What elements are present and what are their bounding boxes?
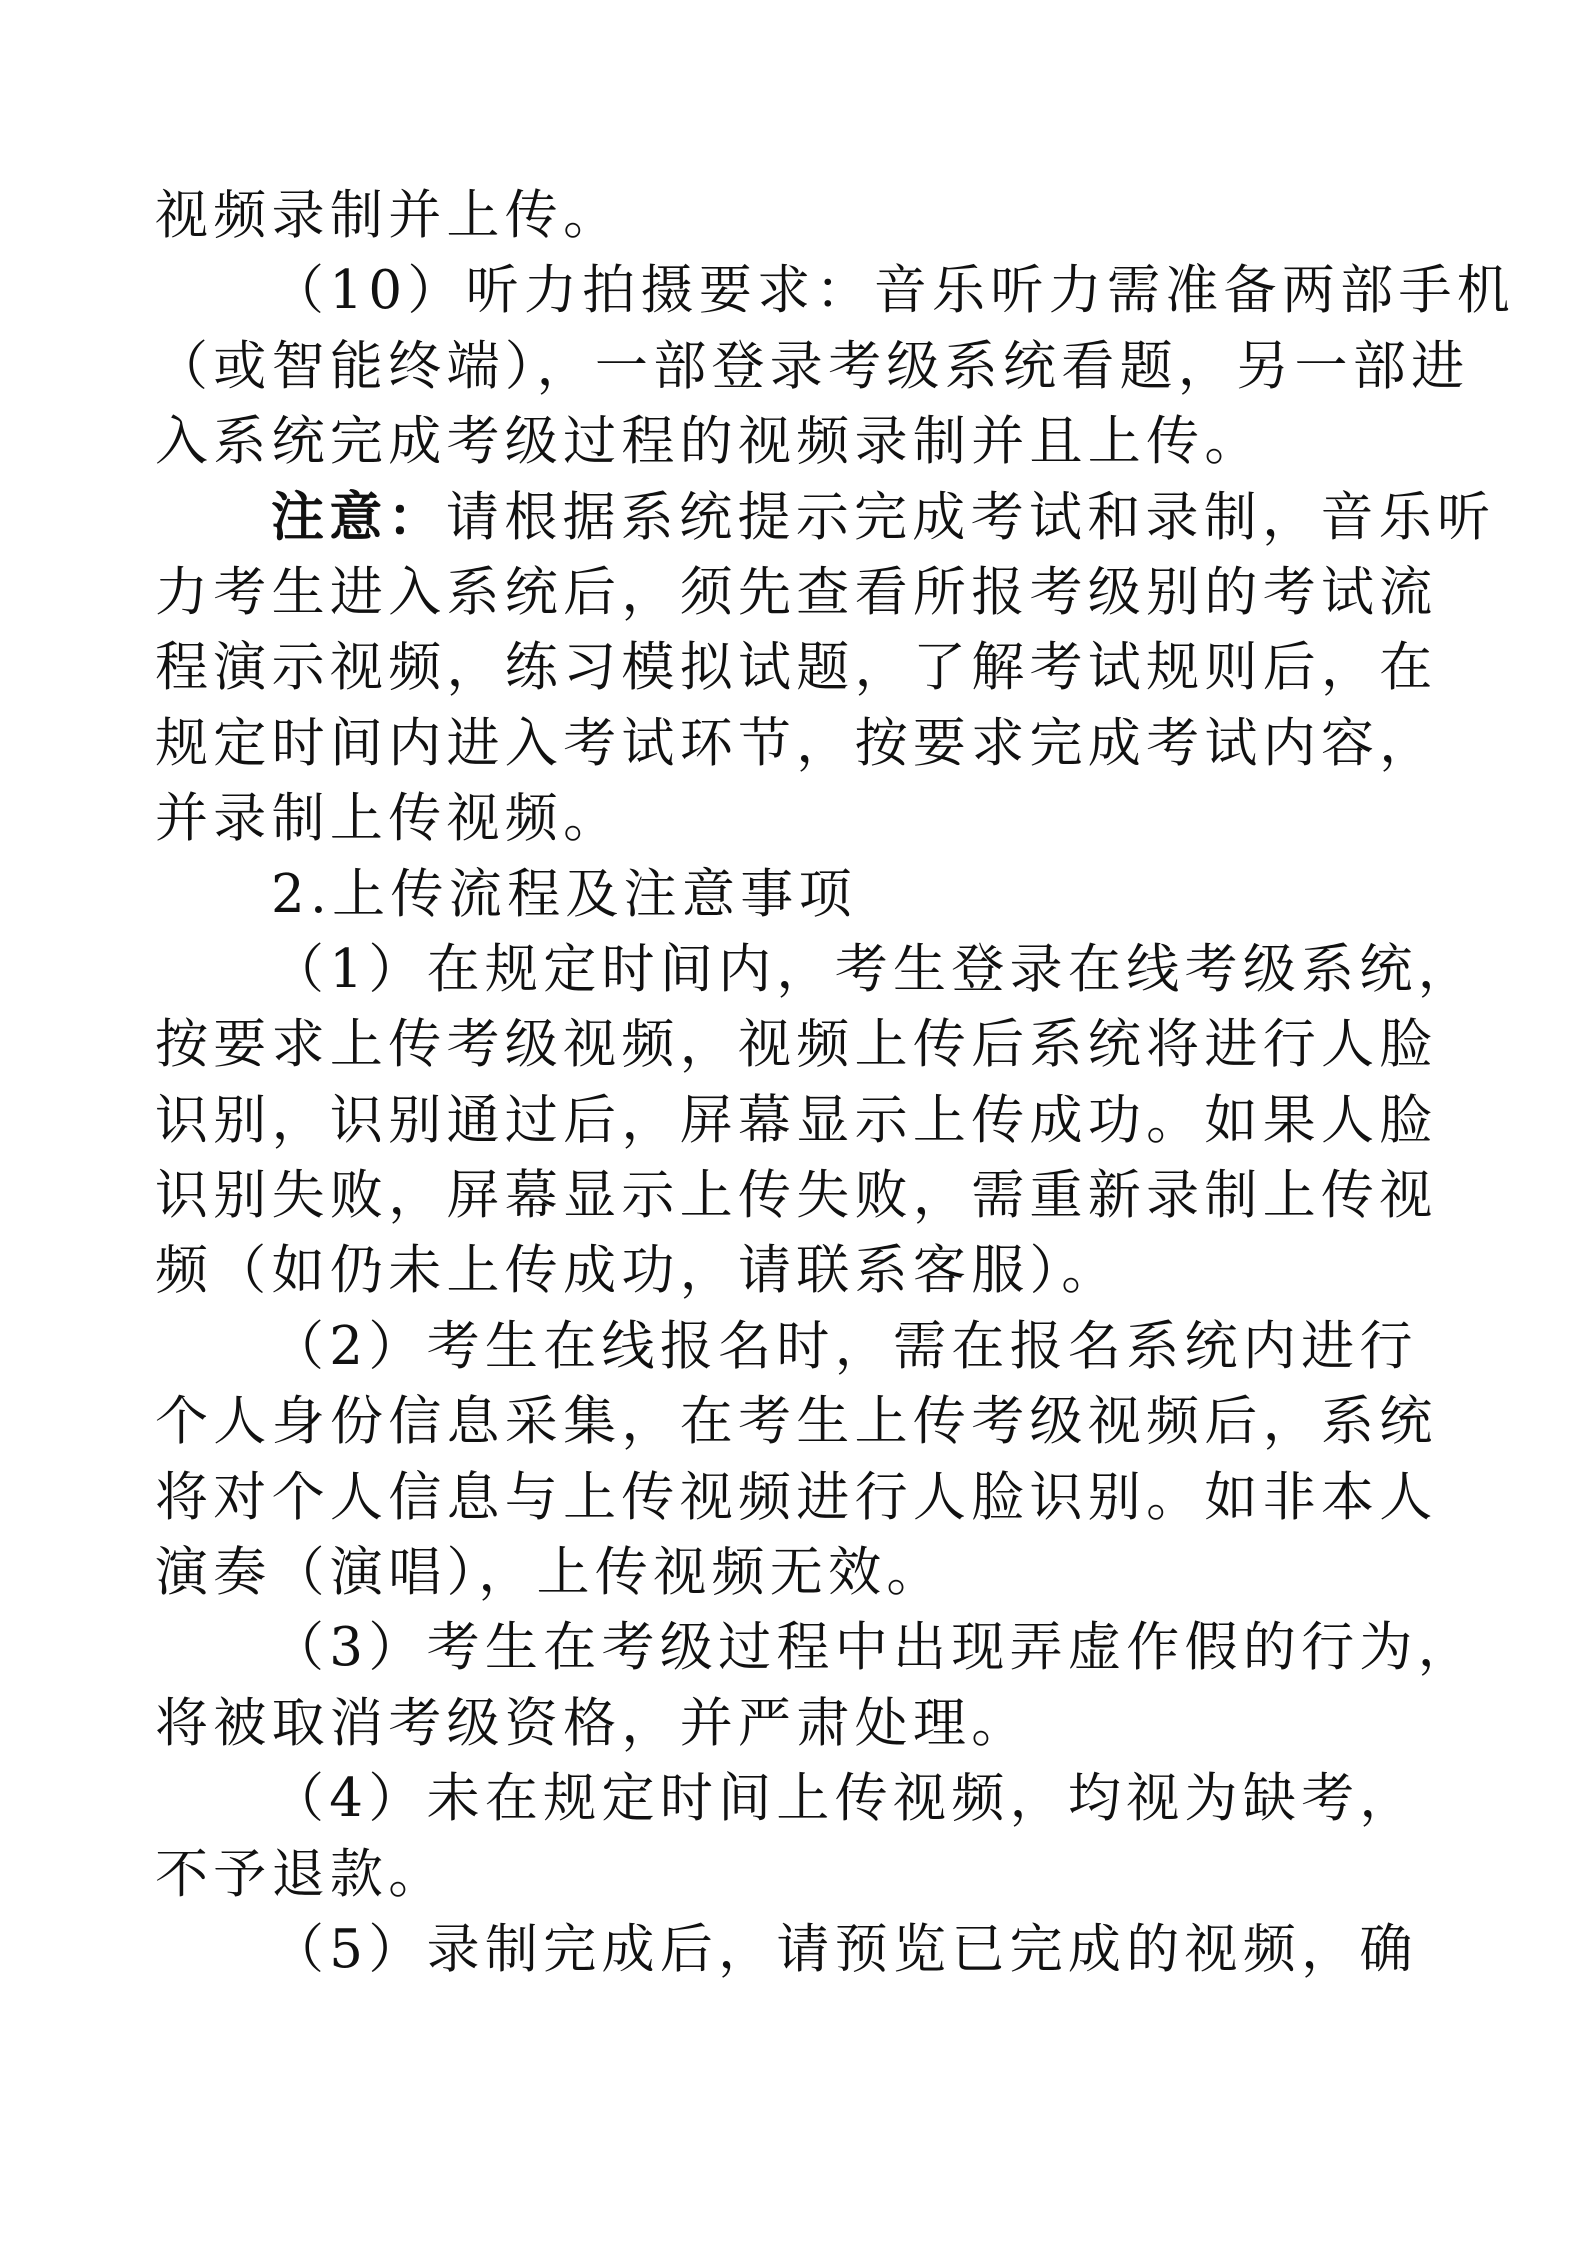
item-1-line: （1）在规定时间内，考生登录在线考级系统，	[155, 932, 1445, 1007]
section-heading: 2.上传流程及注意事项	[155, 857, 1445, 932]
text-line: 规定时间内进入考试环节，按要求完成考试内容，	[155, 706, 1445, 781]
document-page: 视频录制并上传。 （10）听力拍摄要求：音乐听力需准备两部手机 （或智能终端），…	[155, 178, 1445, 1987]
text-line: 识别失败，屏幕显示上传失败，需重新录制上传视	[155, 1158, 1445, 1233]
item-3-line: （3）考生在考级过程中出现弄虚作假的行为，	[155, 1610, 1445, 1685]
item-2-line: （2）考生在线报名时，需在报名系统内进行	[155, 1309, 1445, 1384]
note-paragraph-line: 注意：请根据系统提示完成考试和录制，音乐听	[155, 480, 1445, 555]
item-10-heading-line: （10）听力拍摄要求：音乐听力需准备两部手机	[155, 253, 1445, 328]
text-line: 力考生进入系统后，须先查看所报考级别的考试流	[155, 555, 1445, 630]
text-line: 演奏（演唱），上传视频无效。	[155, 1535, 1445, 1610]
text-line: 频（如仍未上传成功，请联系客服）。	[155, 1233, 1445, 1308]
text-line: （或智能终端），一部登录考级系统看题，另一部进	[155, 329, 1445, 404]
text-line: 将对个人信息与上传视频进行人脸识别。如非本人	[155, 1460, 1445, 1535]
text-line: 入系统完成考级过程的视频录制并且上传。	[155, 404, 1445, 479]
item-5-line: （5）录制完成后，请预览已完成的视频，确	[155, 1912, 1445, 1987]
note-text: 请根据系统提示完成考试和录制，音乐听	[446, 487, 1495, 548]
text-line: 将被取消考级资格，并严肃处理。	[155, 1686, 1445, 1761]
text-line: 不予退款。	[155, 1837, 1445, 1912]
text-line: 个人身份信息采集，在考生上传考级视频后，系统	[155, 1384, 1445, 1459]
text-line: 识别，识别通过后，屏幕显示上传成功。如果人脸	[155, 1083, 1445, 1158]
item-4-line: （4）未在规定时间上传视频，均视为缺考，	[155, 1761, 1445, 1836]
text-line: 按要求上传考级视频，视频上传后系统将进行人脸	[155, 1007, 1445, 1082]
note-label: 注意：	[271, 486, 446, 548]
text-line: 并录制上传视频。	[155, 781, 1445, 856]
text-line: 程演示视频，练习模拟试题，了解考试规则后，在	[155, 630, 1445, 705]
text-line: 视频录制并上传。	[155, 178, 1445, 253]
